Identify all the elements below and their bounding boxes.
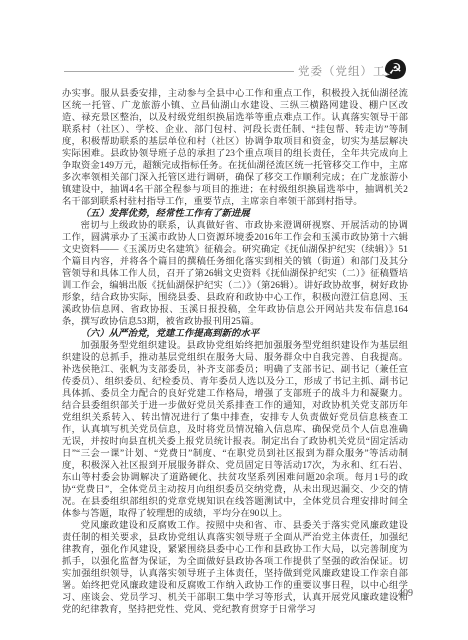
section-heading-6: （六）从严治党，党建工作提高到新的水平 — [62, 328, 408, 340]
running-head: 党委（党组）工作 ☭ — [62, 60, 408, 86]
paragraph: 加强服务型党组织建设。县政协党组始终把加强服务型党组织建设作为基层组织建设的总抓… — [62, 340, 408, 520]
paragraph: 办实事。服从县委安排，主动参与全县中心工作和重点工作，积极投入抚仙湖径流区统一托… — [62, 88, 408, 208]
page-number: 409 — [398, 588, 413, 599]
section-heading-5: （五）发挥优势，经常性工作有了新进展 — [62, 208, 408, 220]
book-page: 党委（党组）工作 ☭ 办实事。服从县委安排，主动参与全县中心工作和重点工作，积极… — [0, 0, 468, 640]
party-emblem-icon: ☭ — [382, 56, 408, 82]
main-text-column: 办实事。服从县委安排，主动参与全县中心工作和重点工作，积极投入抚仙湖径流区统一托… — [62, 88, 408, 616]
svg-text:☭: ☭ — [388, 60, 401, 78]
paragraph: 党风廉政建设和反腐败工作。按照中央和省、市、县委关于落实党风廉政建设责任制的相关… — [62, 520, 408, 616]
running-head-rule — [64, 71, 294, 72]
paragraph: 密切与上级政协的联系，认真做好省、市政协来澄调研视察、开展活动的协调工作，圆满承… — [62, 220, 408, 328]
